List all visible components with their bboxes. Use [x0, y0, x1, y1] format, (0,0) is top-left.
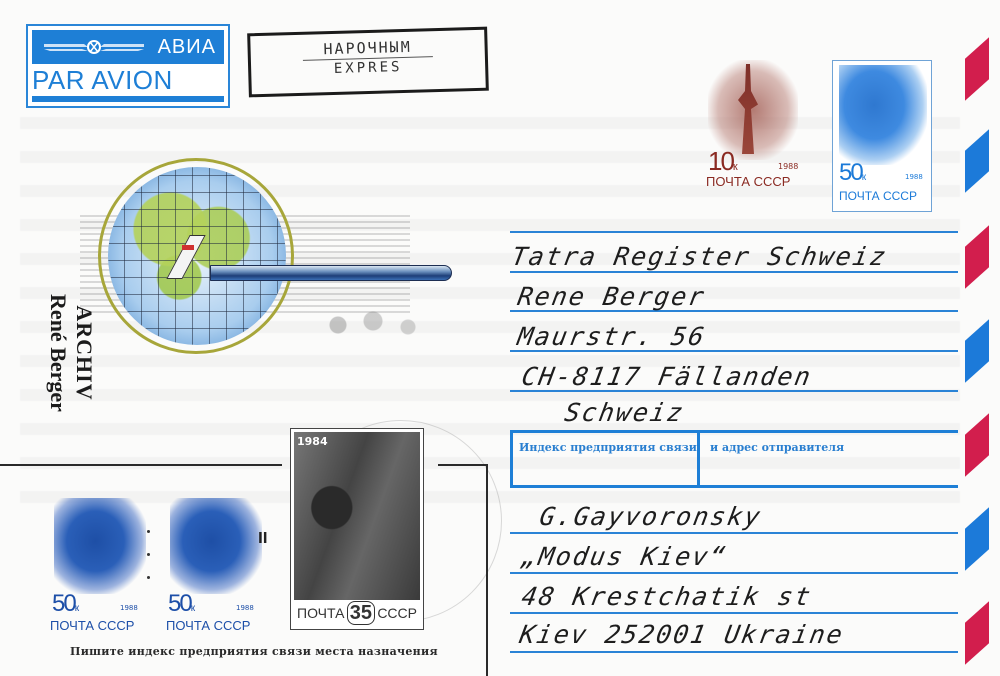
sender-index-label: Индекс предприятия связи: [519, 441, 697, 454]
archive-stamp-line1: ARCHIV: [71, 273, 97, 433]
sender-line-4: Kiev 252001 Ukraine: [517, 620, 846, 649]
sender-index-field: Индекс предприятия связи: [510, 430, 700, 488]
airmail-stripe-blue: [965, 507, 989, 571]
recipient-line-5: Schweiz: [562, 398, 686, 427]
airmail-label-par-avion: PAR AVION: [32, 67, 224, 93]
stamp-country: ПОЧТА СССР: [50, 618, 134, 633]
stamp-year: 1984: [297, 435, 328, 448]
airmail-stripe-blue: [965, 319, 989, 383]
express-stamp: НАРОЧНЫМ EXPRES: [247, 27, 489, 98]
sender-box: Индекс предприятия связи и адрес отправи…: [510, 430, 958, 488]
address-line: [510, 612, 958, 614]
stamp-value: 50к: [168, 590, 193, 618]
airmail-label-avia: АВИА: [158, 36, 216, 59]
sender-address-label: и адрес отправителя: [710, 441, 844, 454]
stamp-value-unit: к: [191, 603, 193, 614]
stamp-year: 1988: [120, 604, 138, 612]
birds-eagle-icon: [839, 65, 927, 165]
postage-stamp-35k-sable: 1984 ПОЧТА 35 СССР: [290, 428, 424, 630]
birds-eagle-icon: [54, 498, 146, 594]
archive-stamp-line2: René Berger: [45, 273, 71, 433]
sender-line-3: 48 Krestchatik st: [519, 582, 814, 611]
postage-stamp-10k: 10к 1988 ПОЧТА СССР: [700, 58, 810, 193]
address-line: [510, 572, 958, 574]
stamp-year: 1988: [778, 162, 798, 171]
stamp-country-left: ПОЧТА: [297, 605, 344, 621]
airmail-stripe-red: [965, 413, 989, 477]
express-stamp-line1: НАРОЧНЫМ: [250, 36, 484, 61]
airmail-stripe-red: [965, 601, 989, 665]
recipient-line-2: Rene Berger: [515, 282, 708, 311]
perforation-dots: [147, 530, 151, 630]
airmail-stripe-red: [965, 37, 989, 101]
postage-stamp-50k: 50к 1988 ПОЧТА СССР: [48, 498, 152, 638]
stamp-value: 10к: [708, 146, 736, 177]
globe-icon: [108, 167, 286, 345]
stamp-value-number: 50: [52, 590, 75, 617]
address-line: [510, 271, 958, 273]
stamp-caption-bar: ПОЧТА 35 СССР: [294, 600, 420, 626]
airmail-label-bar: [32, 96, 224, 102]
stamp-value-number: 10: [708, 146, 733, 176]
airmail-label-top: АВИА: [32, 30, 224, 64]
recipient-line-1: Tatra Register Schweiz: [509, 242, 889, 271]
stamp-country: ПОЧТА СССР: [706, 174, 790, 189]
airplane-flag-icon: [182, 245, 194, 250]
stamp-value-number: 50: [168, 590, 191, 617]
stamp-value-unit: к: [75, 603, 77, 614]
express-stamp-line2: EXPRES: [251, 57, 485, 80]
sable-in-tree-icon: [294, 432, 420, 600]
postage-stamp-50k-printed: 50к 1988 ПОЧТА СССР: [832, 60, 932, 212]
envelope-frame-line: [438, 464, 488, 466]
airmail-stripe-red: [965, 225, 989, 289]
birds-eagle-icon: [170, 498, 262, 594]
address-line: [510, 231, 958, 233]
sender-line-2: „Modus Kiev“: [519, 542, 729, 571]
airplane-icon: [210, 265, 452, 281]
ink-marks: ꞁꞁ: [258, 528, 268, 544]
sender-line-1: G.Gayvoronsky: [537, 502, 764, 531]
airmail-label: АВИА PAR AVION: [26, 24, 230, 108]
winged-emblem-icon: [44, 38, 144, 56]
globe-airplane-illustration: [60, 155, 460, 365]
stamp-value: 50к: [839, 159, 864, 187]
airmail-stripe-blue: [965, 129, 989, 193]
stamp-value: 50к: [52, 590, 77, 618]
envelope-frame-line: [0, 464, 282, 466]
clouds-icon: [310, 305, 450, 345]
stamp-value-number: 35: [347, 601, 375, 625]
stamp-country: ПОЧТА СССР: [166, 618, 250, 633]
address-line: [510, 532, 958, 534]
recipient-line-4: CH-8117 Fällanden: [519, 362, 814, 391]
stamp-year: 1988: [905, 173, 923, 181]
postage-stamp-50k: 50к 1988 ПОЧТА СССР: [164, 498, 268, 638]
stamp-value-number: 50: [839, 159, 862, 186]
address-line: [510, 651, 958, 653]
stamp-year: 1988: [236, 604, 254, 612]
recipient-line-3: Maurstr. 56: [515, 322, 708, 351]
archive-stamp: ARCHIV René Berger: [27, 273, 97, 433]
stamp-country: ПОЧТА СССР: [839, 189, 917, 203]
stamp-value-unit: к: [862, 172, 864, 183]
stamp-country-right: СССР: [377, 605, 417, 621]
stamp-value-unit: к: [733, 161, 736, 173]
envelope-frame-line: [486, 464, 488, 676]
destination-index-label: Пишите индекс предприятия связи места на…: [70, 645, 438, 658]
